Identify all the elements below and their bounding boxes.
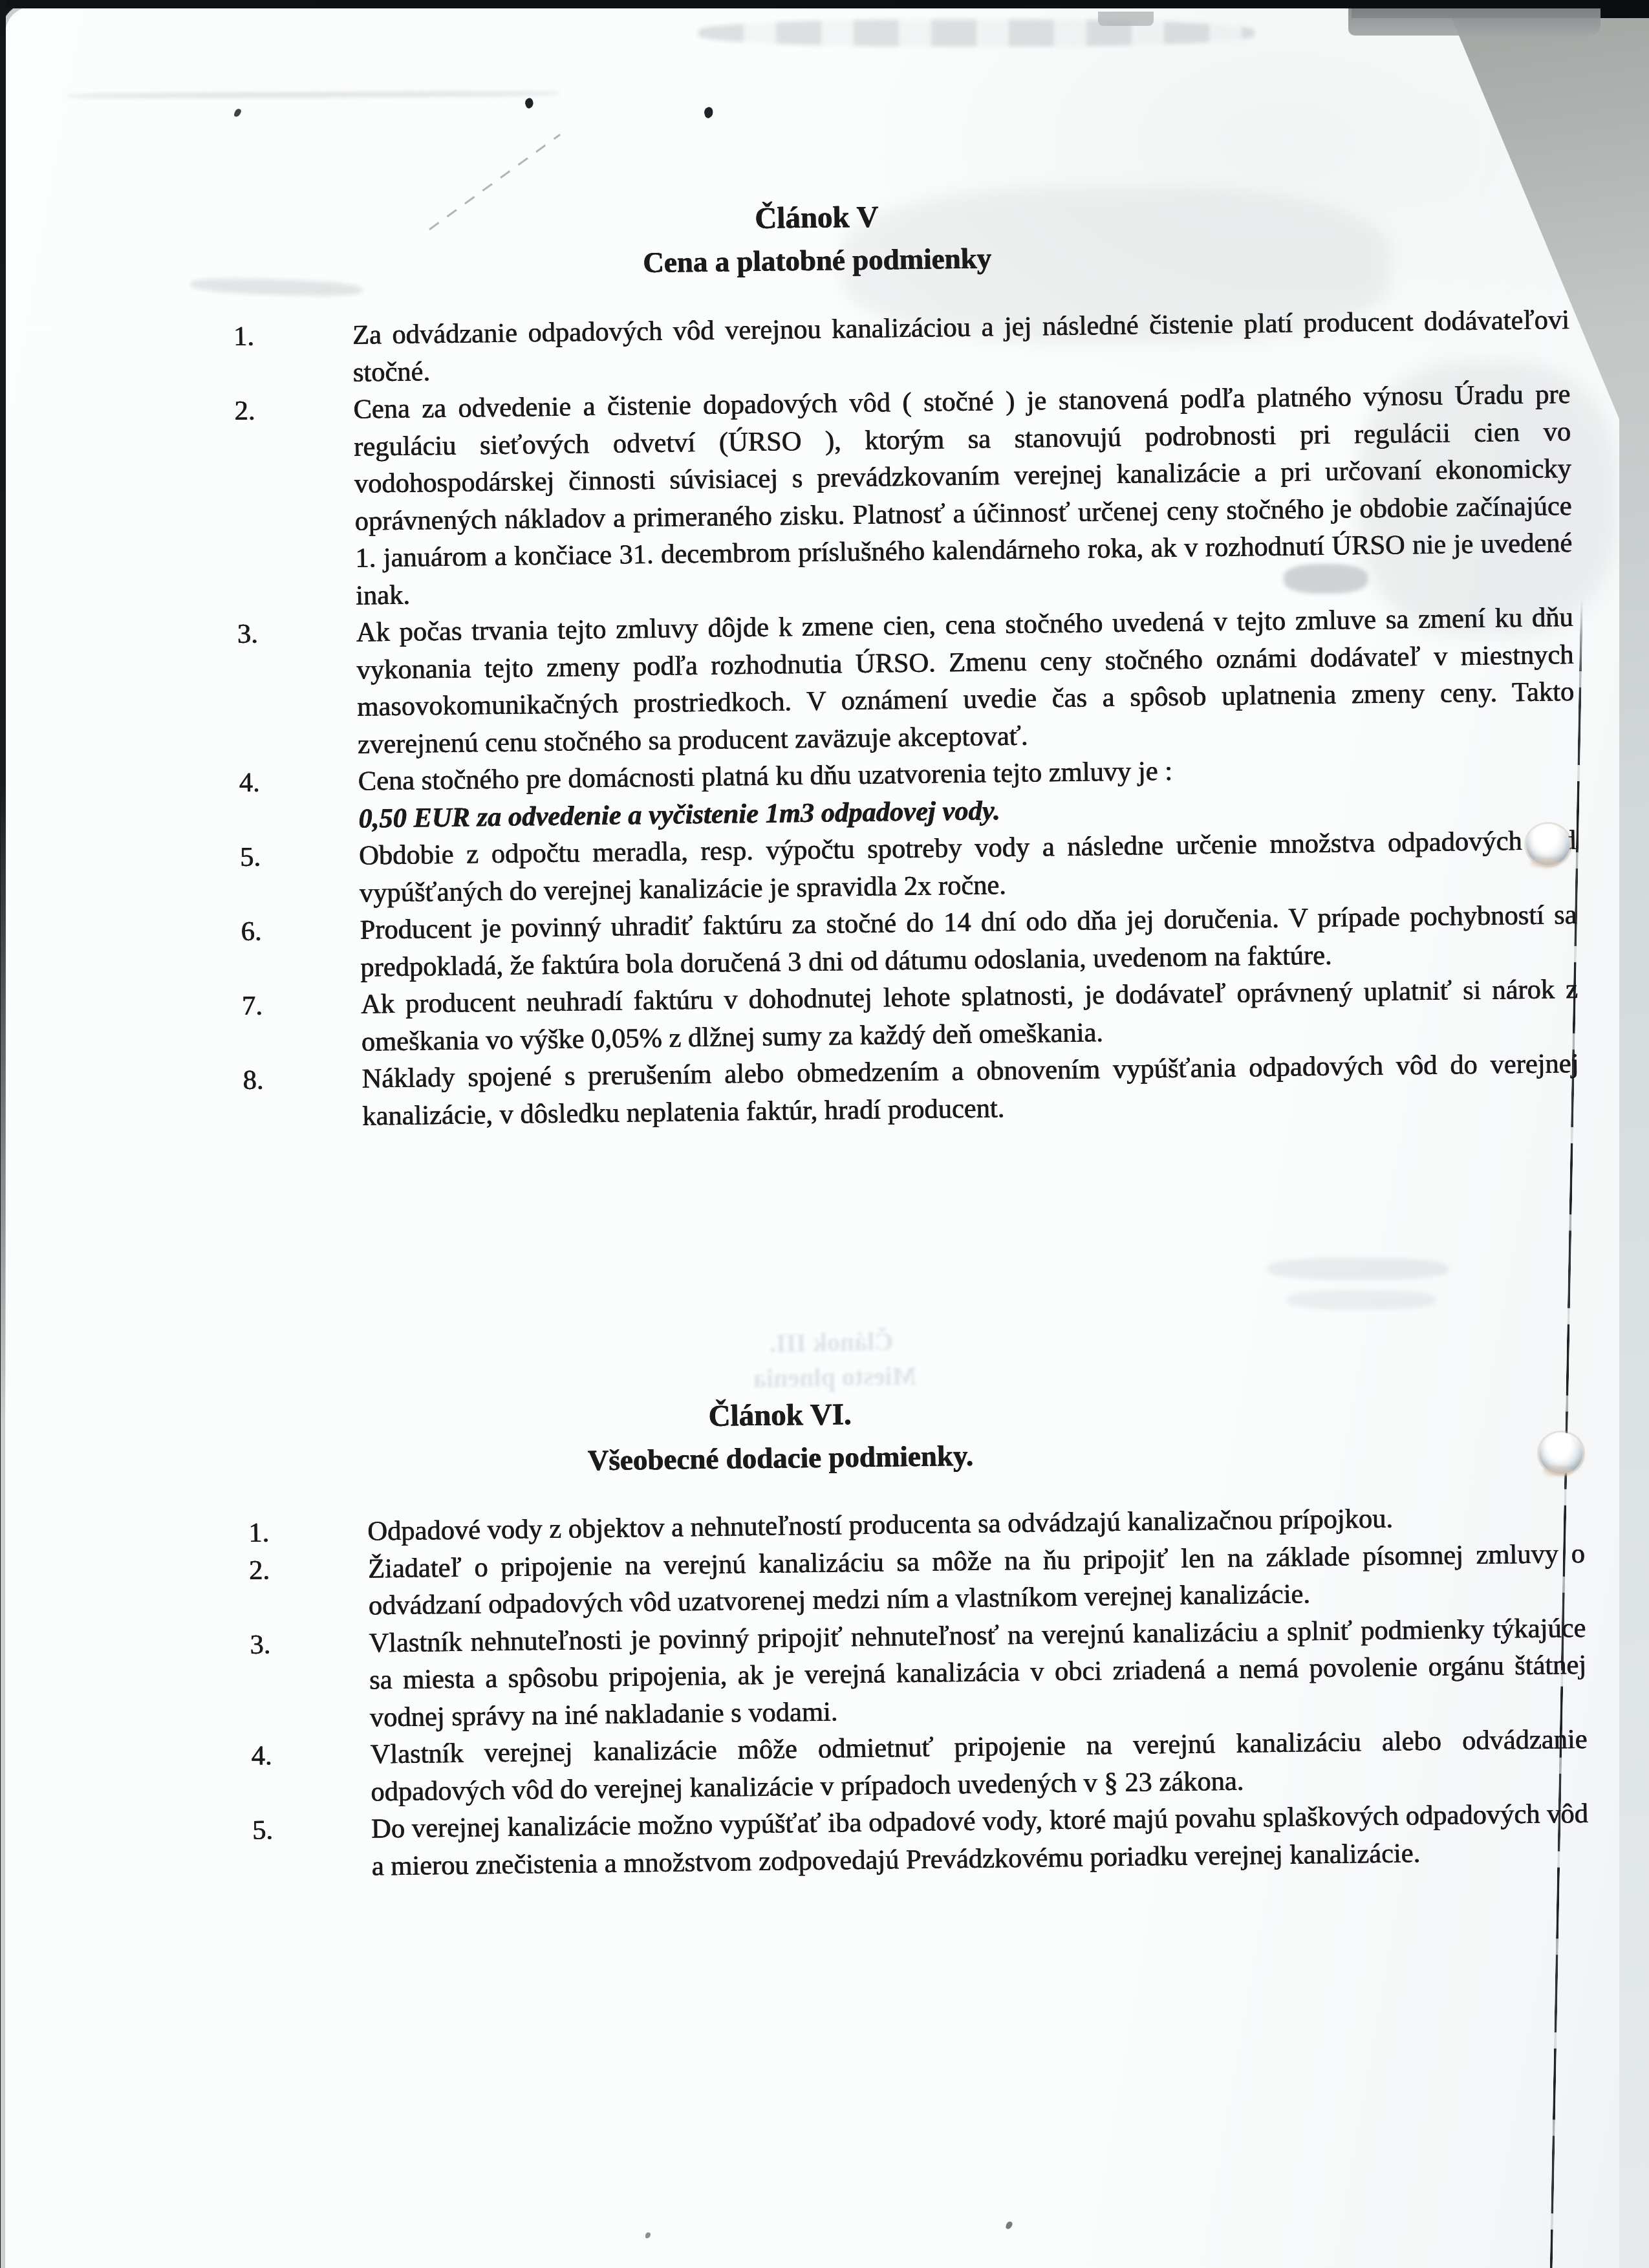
list-item: 8. Náklady spojené s prerušením alebo ob… — [240, 1045, 1579, 1136]
scanner-tab-small — [1098, 12, 1154, 26]
article-v-subtitle: Cena a platobné podmienky — [229, 239, 1406, 283]
article-vi-subtitle: Všeobecné dodacie podmienky. — [192, 1436, 1369, 1480]
item-number: 2. — [246, 1550, 369, 1626]
article-vi-list: 1. Odpadové vody z objektov a nehnuteľno… — [246, 1498, 1589, 1886]
item-number: 2. — [232, 391, 356, 616]
item-number: 3. — [235, 614, 358, 764]
scan-left-edge-strip — [0, 0, 6, 1423]
article-v-heading: Článok V Cena a platobné podmienky — [228, 195, 1406, 283]
item-number: 1. — [231, 317, 353, 393]
list-item: 3. Vlastník nehnuteľnosti je povinný pri… — [247, 1609, 1587, 1737]
article-vi-heading: Článok VI. Všeobecné dodacie podmienky. — [191, 1393, 1369, 1480]
scanner-tab-large — [1348, 8, 1600, 36]
item-number: 5. — [237, 837, 360, 913]
article-v-title: Článok V — [228, 195, 1405, 241]
item-text: Náklady spojené s prerušením alebo obmed… — [361, 1045, 1579, 1135]
item-text: Do verejnej kanalizácie možno vypúšťať i… — [371, 1795, 1589, 1885]
item-number: 5. — [250, 1811, 372, 1886]
list-item: 3. Ak počas trvania tejto zmluvy dôjde k… — [235, 599, 1575, 764]
list-item: 2. Cena za odvedenie a čistenie dopadový… — [232, 376, 1573, 616]
item-text: Cena za odvedenie a čistenie dopadových … — [353, 376, 1573, 614]
item-number: 1. — [246, 1513, 368, 1552]
item-number: 3. — [247, 1625, 370, 1738]
document-text-layer: Článok V Cena a platobné podmienky 1. Za… — [0, 0, 1649, 2268]
punch-hole-bottom — [1539, 1432, 1583, 1474]
item-number: 4. — [248, 1736, 371, 1812]
item-number: 8. — [240, 1061, 362, 1136]
item-text: Ak počas trvania tejto zmluvy dôjde k zm… — [356, 599, 1575, 763]
item-text-lead: Cena stočného pre domácnosti platná ku d… — [358, 756, 1173, 797]
item-number: 7. — [239, 986, 361, 1062]
item-number: 4. — [236, 763, 358, 839]
item-number: 6. — [238, 912, 360, 988]
article-v-list: 1. Za odvádzanie odpadových vôd verejnou… — [231, 301, 1580, 1136]
article-vi-title: Článok VI. — [191, 1393, 1368, 1438]
list-item: 5. Do verejnej kanalizácie možno vypúšťa… — [250, 1795, 1589, 1886]
punch-hole-top — [1526, 824, 1570, 865]
item-text: Vlastník nehnuteľnosti je povinný pripoj… — [369, 1609, 1587, 1736]
